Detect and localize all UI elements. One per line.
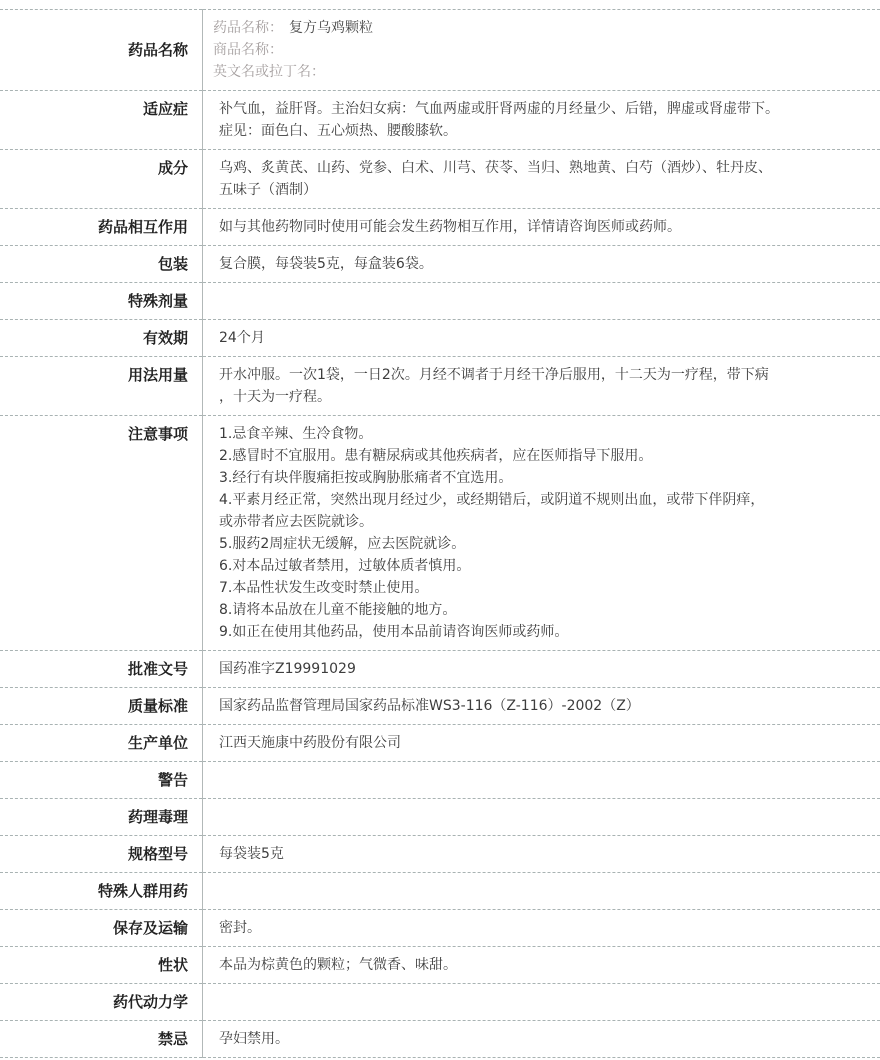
field-value-line: 补气血，益肝肾。主治妇女病：气血两虚或肝肾两虚的月经量少、后错，脾虚或肾虚带下。 — [219, 98, 868, 120]
table-row-approval-number: 批准文号国药准字Z19991029 — [0, 651, 880, 688]
field-label-special-populations: 特殊人群用药 — [0, 873, 203, 910]
table-row-precautions: 注意事项1.忌食辛辣、生冷食物。2.感冒时不宜服用。患有糖尿病或其他疾病者，应在… — [0, 416, 880, 651]
table-row-specification: 规格型号每袋装5克 — [0, 836, 880, 873]
table-row-packaging: 包装复合膜，每袋装5克，每盒装6袋。 — [0, 246, 880, 283]
field-value-line: 复合膜，每袋装5克，每盒装6袋。 — [219, 253, 868, 275]
field-value-properties: 本品为棕黄色的颗粒；气微香、味甜。 — [203, 947, 880, 984]
table-row-special-populations: 特殊人群用药 — [0, 873, 880, 910]
field-label-drug-interactions: 药品相互作用 — [0, 209, 203, 246]
field-value-warnings — [203, 762, 880, 799]
field-value-drug-name: 药品名称：复方乌鸡颗粒商品名称：英文名或拉丁名： — [203, 10, 880, 91]
table-row-special-dosage: 特殊剂量 — [0, 283, 880, 320]
field-value-special-dosage — [203, 283, 880, 320]
table-row-storage-transport: 保存及运输密封。 — [0, 910, 880, 947]
field-value-drug-interactions: 如与其他药物同时使用可能会发生药物相互作用，详情请咨询医师或药师。 — [203, 209, 880, 246]
sub-field-label: 英文名或拉丁名： — [213, 64, 325, 80]
field-value-contraindications: 孕妇禁用。 — [203, 1021, 880, 1058]
field-value-line: 5.服药2周症状无缓解，应去医院就诊。 — [219, 533, 868, 555]
field-value-line: 密封。 — [219, 917, 868, 939]
sub-field-label: 药品名称： — [213, 20, 283, 36]
field-value-ingredients: 乌鸡、炙黄芪、山药、党参、白术、川芎、茯苓、当归、熟地黄、白芍（酒炒）、牡丹皮、… — [203, 150, 880, 209]
field-value-line: ，十天为一疗程。 — [219, 386, 868, 408]
drug-info-page: 药品名称药品名称：复方乌鸡颗粒商品名称：英文名或拉丁名：适应症补气血，益肝肾。主… — [0, 0, 880, 1060]
drug-info-table-body: 药品名称药品名称：复方乌鸡颗粒商品名称：英文名或拉丁名：适应症补气血，益肝肾。主… — [0, 10, 880, 1058]
table-row-dosage-usage: 用法用量开水冲服。一次1袋，一日2次。月经不调者于月经干净后服用，十二天为一疗程… — [0, 357, 880, 416]
field-label-shelf-life: 有效期 — [0, 320, 203, 357]
table-row-manufacturer: 生产单位江西天施康中药股份有限公司 — [0, 725, 880, 762]
field-value-line: 9.如正在使用其他药品，使用本品前请咨询医师或药师。 — [219, 621, 868, 643]
sub-field-label: 商品名称： — [213, 42, 283, 58]
field-value-line: 4.平素月经正常，突然出现月经过少，或经期错后，或阴道不规则出血，或带下伴阴痒， — [219, 489, 868, 511]
field-value-line: 24个月 — [219, 327, 868, 349]
table-row-warnings: 警告 — [0, 762, 880, 799]
table-row-drug-name: 药品名称药品名称：复方乌鸡颗粒商品名称：英文名或拉丁名： — [0, 10, 880, 91]
field-value-approval-number: 国药准字Z19991029 — [203, 651, 880, 688]
field-label-manufacturer: 生产单位 — [0, 725, 203, 762]
table-row-ingredients: 成分乌鸡、炙黄芪、山药、党参、白术、川芎、茯苓、当归、熟地黄、白芍（酒炒）、牡丹… — [0, 150, 880, 209]
field-value-precautions: 1.忌食辛辣、生冷食物。2.感冒时不宜服用。患有糖尿病或其他疾病者，应在医师指导… — [203, 416, 880, 651]
sub-field-value: 复方乌鸡颗粒 — [283, 20, 373, 36]
table-row-shelf-life: 有效期24个月 — [0, 320, 880, 357]
field-value-line: 国家药品监督管理局国家药品标准WS3-116（Z-116）-2002（Z） — [219, 695, 868, 717]
table-row-indications: 适应症补气血，益肝肾。主治妇女病：气血两虚或肝肾两虚的月经量少、后错，脾虚或肾虚… — [0, 91, 880, 150]
table-row-drug-interactions: 药品相互作用如与其他药物同时使用可能会发生药物相互作用，详情请咨询医师或药师。 — [0, 209, 880, 246]
field-value-packaging: 复合膜，每袋装5克，每盒装6袋。 — [203, 246, 880, 283]
field-value-pharmacology-toxicology — [203, 799, 880, 836]
field-value-dosage-usage: 开水冲服。一次1袋，一日2次。月经不调者于月经干净后服用，十二天为一疗程，带下病… — [203, 357, 880, 416]
field-value-special-populations — [203, 873, 880, 910]
field-value-line: 3.经行有块伴腹痛拒按或胸胁胀痛者不宜选用。 — [219, 467, 868, 489]
field-value-shelf-life: 24个月 — [203, 320, 880, 357]
field-value-quality-standard: 国家药品监督管理局国家药品标准WS3-116（Z-116）-2002（Z） — [203, 688, 880, 725]
field-label-quality-standard: 质量标准 — [0, 688, 203, 725]
field-value-line: 症见：面色白、五心烦热、腰酸膝软。 — [219, 120, 868, 142]
field-label-warnings: 警告 — [0, 762, 203, 799]
table-row-pharmacology-toxicology: 药理毒理 — [0, 799, 880, 836]
field-label-indications: 适应症 — [0, 91, 203, 150]
field-label-pharmacokinetics: 药代动力学 — [0, 984, 203, 1021]
field-value-line: 7.本品性状发生改变时禁止使用。 — [219, 577, 868, 599]
field-value-specification: 每袋装5克 — [203, 836, 880, 873]
table-row-quality-standard: 质量标准国家药品监督管理局国家药品标准WS3-116（Z-116）-2002（Z… — [0, 688, 880, 725]
field-value-line: 每袋装5克 — [219, 843, 868, 865]
composite-line: 药品名称：复方乌鸡颗粒 — [213, 17, 868, 39]
field-value-line: 孕妇禁用。 — [219, 1028, 868, 1050]
table-row-contraindications: 禁忌孕妇禁用。 — [0, 1021, 880, 1058]
field-label-ingredients: 成分 — [0, 150, 203, 209]
field-label-precautions: 注意事项 — [0, 416, 203, 651]
drug-info-table: 药品名称药品名称：复方乌鸡颗粒商品名称：英文名或拉丁名：适应症补气血，益肝肾。主… — [0, 9, 880, 1058]
field-value-line: 1.忌食辛辣、生冷食物。 — [219, 423, 868, 445]
field-label-specification: 规格型号 — [0, 836, 203, 873]
field-label-properties: 性状 — [0, 947, 203, 984]
field-value-line: 或赤带者应去医院就诊。 — [219, 511, 868, 533]
field-value-manufacturer: 江西天施康中药股份有限公司 — [203, 725, 880, 762]
field-value-line: 本品为棕黄色的颗粒；气微香、味甜。 — [219, 954, 868, 976]
field-label-storage-transport: 保存及运输 — [0, 910, 203, 947]
table-row-properties: 性状本品为棕黄色的颗粒；气微香、味甜。 — [0, 947, 880, 984]
field-value-pharmacokinetics — [203, 984, 880, 1021]
field-value-line: 乌鸡、炙黄芪、山药、党参、白术、川芎、茯苓、当归、熟地黄、白芍（酒炒）、牡丹皮、 — [219, 157, 868, 179]
composite-line: 商品名称： — [213, 39, 868, 61]
field-value-storage-transport: 密封。 — [203, 910, 880, 947]
table-row-pharmacokinetics: 药代动力学 — [0, 984, 880, 1021]
field-value-line: 6.对本品过敏者禁用，过敏体质者慎用。 — [219, 555, 868, 577]
field-value-line: 五味子（酒制） — [219, 179, 868, 201]
field-value-line: 8.请将本品放在儿童不能接触的地方。 — [219, 599, 868, 621]
field-value-line: 江西天施康中药股份有限公司 — [219, 732, 868, 754]
field-label-special-dosage: 特殊剂量 — [0, 283, 203, 320]
field-label-pharmacology-toxicology: 药理毒理 — [0, 799, 203, 836]
field-label-contraindications: 禁忌 — [0, 1021, 203, 1058]
field-value-line: 开水冲服。一次1袋，一日2次。月经不调者于月经干净后服用，十二天为一疗程，带下病 — [219, 364, 868, 386]
field-value-line: 国药准字Z19991029 — [219, 658, 868, 680]
field-label-drug-name: 药品名称 — [0, 10, 203, 91]
field-label-packaging: 包装 — [0, 246, 203, 283]
field-value-line: 2.感冒时不宜服用。患有糖尿病或其他疾病者，应在医师指导下服用。 — [219, 445, 868, 467]
field-value-line: 如与其他药物同时使用可能会发生药物相互作用，详情请咨询医师或药师。 — [219, 216, 868, 238]
field-label-dosage-usage: 用法用量 — [0, 357, 203, 416]
field-value-indications: 补气血，益肝肾。主治妇女病：气血两虚或肝肾两虚的月经量少、后错，脾虚或肾虚带下。… — [203, 91, 880, 150]
field-label-approval-number: 批准文号 — [0, 651, 203, 688]
composite-line: 英文名或拉丁名： — [213, 61, 868, 83]
